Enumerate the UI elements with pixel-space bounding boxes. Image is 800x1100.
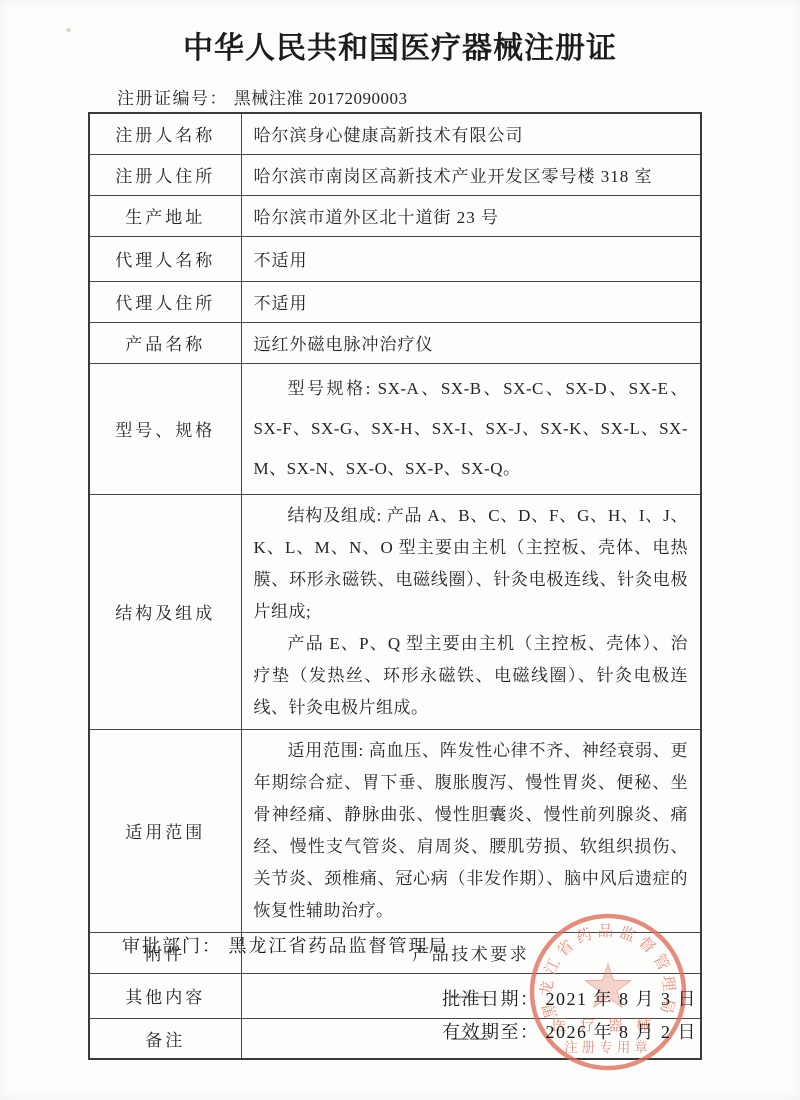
- row-label-cell: 注册人住所: [89, 154, 241, 195]
- table-row: 产品名称远红外磁电脉冲治疗仪: [89, 322, 701, 363]
- table-row: 型号、规格型号规格: SX-A、SX-B、SX-C、SX-D、SX-E、SX-F…: [89, 363, 701, 494]
- row-value-cell: 哈尔滨身心健康高新技术有限公司: [241, 113, 701, 154]
- row-value-cell: 哈尔滨市南岗区高新技术产业开发区零号楼 318 室: [241, 154, 701, 195]
- approval-date-label: 批准日期：: [442, 989, 540, 1009]
- row-value-cell: 结构及组成: 产品 A、B、C、D、F、G、H、I、J、K、L、M、N、O 型主…: [241, 494, 701, 729]
- table-row: 注册人名称哈尔滨身心健康高新技术有限公司: [89, 113, 701, 154]
- row-value-cell: 适用范围: 高血压、阵发性心律不齐、神经衰弱、更年期综合症、胃下垂、腹胀腹泻、慢…: [241, 729, 701, 932]
- row-label-cell: 生产地址: [89, 195, 241, 236]
- row-label-cell: 产品名称: [89, 322, 241, 363]
- row-value-cell: 不适用: [241, 281, 701, 322]
- row-label-cell: 代理人住所: [89, 281, 241, 322]
- row-value-cell: 型号规格: SX-A、SX-B、SX-C、SX-D、SX-E、SX-F、SX-G…: [241, 363, 701, 494]
- row-label-cell: 注册人名称: [89, 113, 241, 154]
- row-label-cell: 其他内容: [89, 973, 241, 1018]
- paragraph: 适用范围: 高血压、阵发性心律不齐、神经衰弱、更年期综合症、胃下垂、腹胀腹泻、慢…: [254, 735, 689, 927]
- row-label-cell: 结构及组成: [89, 494, 241, 729]
- approval-date-line: 批准日期： 2021 年 8 月 3 日: [442, 983, 697, 1016]
- cert-number-value: 黑械注准 20172090003: [234, 89, 408, 108]
- approval-value: 黑龙江省药品监督管理局: [229, 936, 449, 956]
- certificate-page: 中华人民共和国医疗器械注册证 注册证编号： 黑械注准 20172090003 注…: [0, 0, 800, 1100]
- table-row: 代理人住所不适用: [89, 281, 701, 322]
- table-row: 代理人名称不适用: [89, 236, 701, 281]
- cert-number-label: 注册证编号：: [117, 89, 228, 108]
- expiry-date-line: 有效期至： 2026 年 8 月 2 日: [442, 1016, 697, 1049]
- paragraph: 产品 E、P、Q 型主要由主机（主控板、壳体）、治疗垫（发热丝、环形永磁铁、电磁…: [254, 628, 689, 724]
- dates-block: 批准日期： 2021 年 8 月 3 日 有效期至： 2026 年 8 月 2 …: [442, 983, 697, 1049]
- approval-label: 审批部门：: [122, 936, 222, 956]
- row-label-cell: 适用范围: [89, 729, 241, 932]
- table-row: 适用范围适用范围: 高血压、阵发性心律不齐、神经衰弱、更年期综合症、胃下垂、腹胀…: [89, 729, 701, 932]
- expiry-date-value: 2026 年 8 月 2 日: [546, 1022, 698, 1042]
- approval-department-line: 审批部门： 黑龙江省药品监督管理局: [122, 932, 449, 958]
- row-value-cell: 不适用: [241, 236, 701, 281]
- row-label-cell: 型号、规格: [89, 363, 241, 494]
- paragraph: 结构及组成: 产品 A、B、C、D、F、G、H、I、J、K、L、M、N、O 型主…: [254, 500, 689, 628]
- table-row: 结构及组成结构及组成: 产品 A、B、C、D、F、G、H、I、J、K、L、M、N…: [89, 494, 701, 729]
- table-row: 生产地址哈尔滨市道外区北十道街 23 号: [89, 195, 701, 236]
- page-title: 中华人民共和国医疗器械注册证: [0, 30, 800, 68]
- paragraph: 型号规格: SX-A、SX-B、SX-C、SX-D、SX-E、SX-F、SX-G…: [254, 369, 689, 489]
- row-label-cell: 代理人名称: [89, 236, 241, 281]
- row-value-cell: 远红外磁电脉冲治疗仪: [241, 322, 701, 363]
- cert-number-line: 注册证编号： 黑械注准 20172090003: [117, 84, 408, 109]
- approval-date-value: 2021 年 8 月 3 日: [546, 989, 698, 1009]
- table-row: 注册人住所哈尔滨市南岗区高新技术产业开发区零号楼 318 室: [89, 154, 701, 195]
- row-value-cell: 哈尔滨市道外区北十道街 23 号: [241, 195, 701, 236]
- row-label-cell: 备注: [89, 1018, 241, 1059]
- expiry-date-label: 有效期至：: [442, 1022, 540, 1042]
